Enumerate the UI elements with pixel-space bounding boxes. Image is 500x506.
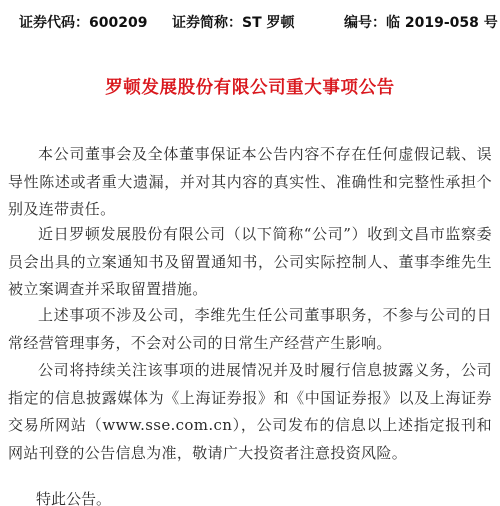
paragraph-text: 公司将持续关注该事项的进展情况并及时履行信息披露义务，公司指定的信息披露媒体为《… [8, 357, 492, 467]
paragraph-disclaimer: 本公司董事会及全体董事保证本公告内容不存在任何虚假记载、误导性陈述或者重大遗漏，… [8, 141, 492, 224]
stock-code: 证券代码：600209 [19, 13, 147, 33]
paragraph-disclosure: 公司将持续关注该事项的进展情况并及时履行信息披露义务，公司指定的信息披露媒体为《… [8, 357, 492, 467]
closing-statement: 特此公告。 [36, 488, 111, 506]
paragraph-text: 本公司董事会及全体董事保证本公告内容不存在任何虚假记载、误导性陈述或者重大遗漏，… [8, 141, 492, 224]
stock-abbreviation: 证券简称：ST 罗顿 [172, 13, 295, 33]
document-header: 证券代码：600209 证券简称：ST 罗顿 编号：临 2019-058 号 [0, 13, 500, 35]
document-number: 编号：临 2019-058 号 [344, 13, 498, 33]
paragraph-text: 近日罗顿发展股份有限公司（以下简称“公司”）收到文昌市监察委员会出具的立案通知书… [8, 221, 492, 304]
paragraph-investigation: 近日罗顿发展股份有限公司（以下简称“公司”）收到文昌市监察委员会出具的立案通知书… [8, 221, 492, 304]
paragraph-text: 上述事项不涉及公司，李维先生任公司董事职务，不参与公司的日常经营管理事务，不会对… [8, 302, 492, 357]
announcement-title: 罗顿发展股份有限公司重大事项公告 [0, 76, 500, 100]
paragraph-impact: 上述事项不涉及公司，李维先生任公司董事职务，不参与公司的日常经营管理事务，不会对… [8, 302, 492, 357]
